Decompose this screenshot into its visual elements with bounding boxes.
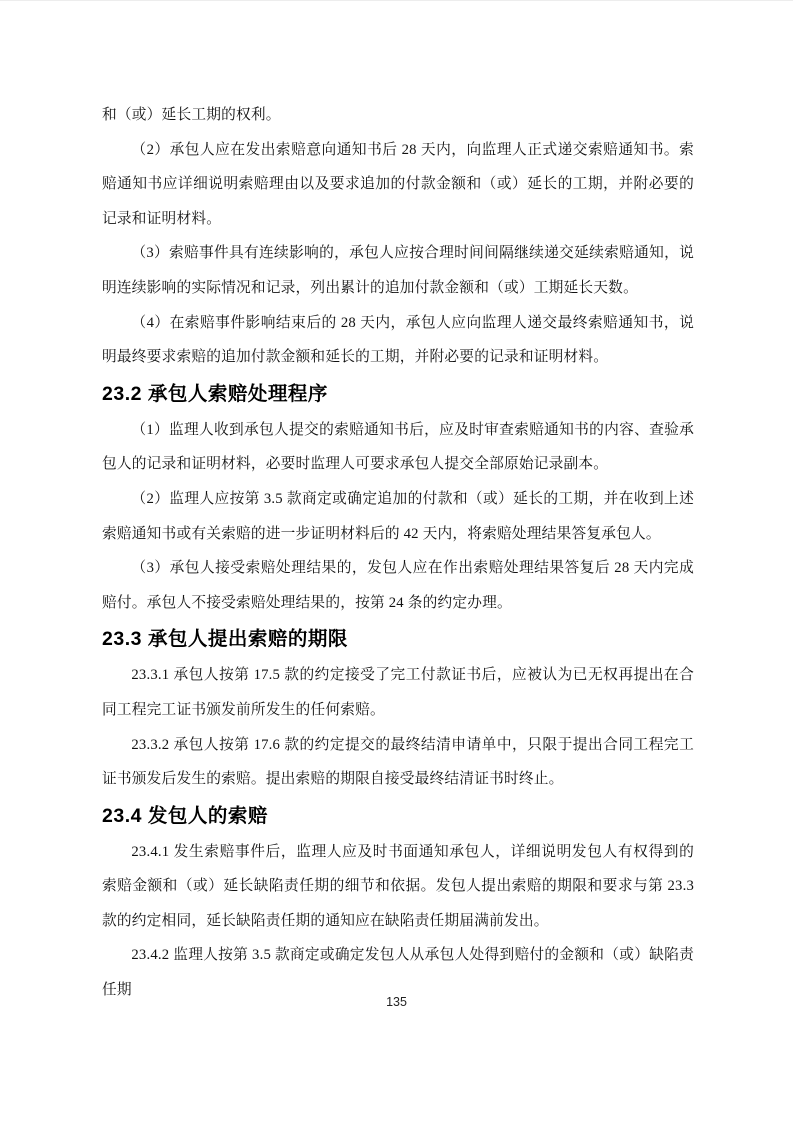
paragraph: 和（或）延长工期的权利。 xyxy=(102,98,694,133)
paragraph: （4）在索赔事件影响结束后的 28 天内，承包人应向监理人递交最终索赔通知书，说… xyxy=(102,306,694,375)
paragraph: 23.3.2 承包人按第 17.6 款的约定提交的最终结清申请单中，只限于提出合… xyxy=(102,728,694,797)
paragraph: （3）承包人接受索赔处理结果的，发包人应在作出索赔处理结果答复后 28 天内完成… xyxy=(102,551,694,620)
paragraph: （2）承包人应在发出索赔意向通知书后 28 天内，向监理人正式递交索赔通知书。索… xyxy=(102,133,694,237)
document-body: 和（或）延长工期的权利。（2）承包人应在发出索赔意向通知书后 28 天内，向监理… xyxy=(102,98,694,1008)
document-page: 和（或）延长工期的权利。（2）承包人应在发出索赔意向通知书后 28 天内，向监理… xyxy=(0,0,793,1122)
paragraph: 23.3.1 承包人按第 17.5 款的约定接受了完工付款证书后，应被认为已无权… xyxy=(102,658,694,727)
section-heading: 23.2 承包人索赔处理程序 xyxy=(102,378,694,411)
paragraph: （1）监理人收到承包人提交的索赔通知书后，应及时审查索赔通知书的内容、查验承包人… xyxy=(102,413,694,482)
paragraph: 23.4.1 发生索赔事件后，监理人应及时书面通知承包人，详细说明发包人有权得到… xyxy=(102,835,694,939)
section-heading: 23.4 发包人的索赔 xyxy=(102,800,694,833)
paragraph: （2）监理人应按第 3.5 款商定或确定追加的付款和（或）延长的工期，并在收到上… xyxy=(102,482,694,551)
paragraph: （3）索赔事件具有连续影响的，承包人应按合理时间间隔继续递交延续索赔通知，说明连… xyxy=(102,236,694,305)
page-number: 135 xyxy=(0,995,793,1009)
section-heading: 23.3 承包人提出索赔的期限 xyxy=(102,623,694,656)
